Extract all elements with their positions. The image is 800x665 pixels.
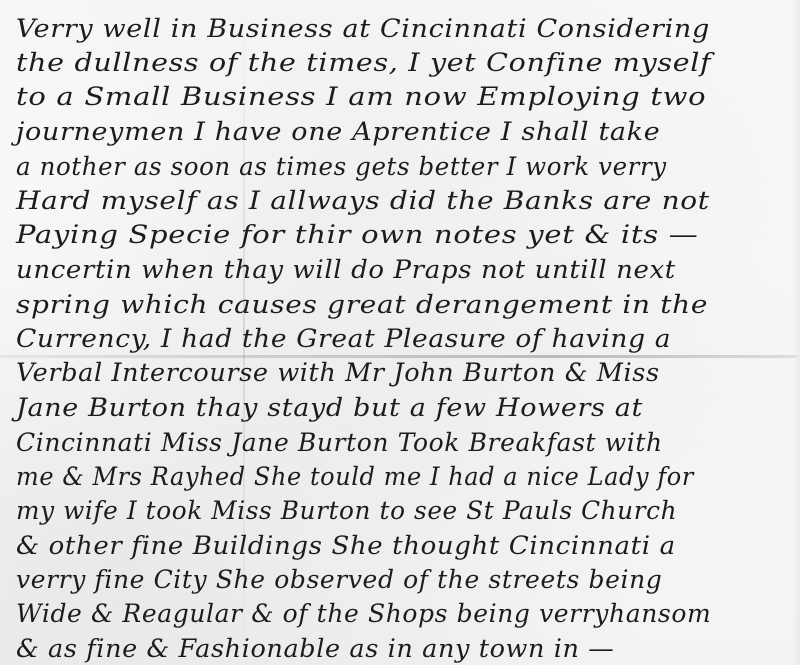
handwritten-line: Cincinnati Miss Jane Burton Took Breakfa… bbox=[16, 428, 663, 458]
handwritten-line: & other fine Buildings She thought Cinci… bbox=[16, 531, 676, 561]
handwritten-line: verry fine City She observed of the stre… bbox=[16, 565, 662, 595]
handwritten-line: Paying Specie for thir own notes yet & i… bbox=[16, 220, 698, 250]
handwritten-line: uncertin when thay will do Praps not unt… bbox=[16, 255, 676, 285]
handwritten-line: Wide & Reagular & of the Shops being ver… bbox=[16, 599, 711, 629]
handwritten-line: & as fine & Fashionable as in any town i… bbox=[16, 634, 614, 664]
handwritten-line: a nother as soon as times gets better I … bbox=[16, 152, 667, 182]
handwritten-line: Verry well in Business at Cincinnati Con… bbox=[16, 14, 710, 44]
handwritten-line: Hard myself as I allways did the Banks a… bbox=[16, 186, 710, 216]
paper-edge bbox=[792, 0, 800, 665]
handwritten-line: me & Mrs Rayhed She tould me I had a nic… bbox=[16, 462, 694, 492]
handwritten-line: Currency, I had the Great Pleasure of ha… bbox=[16, 324, 671, 354]
handwritten-line: Jane Burton thay stayd but a few Howers … bbox=[16, 393, 643, 423]
handwritten-line: spring which causes great derangement in… bbox=[16, 290, 708, 320]
handwritten-line: my wife I took Miss Burton to see St Pau… bbox=[16, 496, 677, 526]
handwritten-line: Verbal Intercourse with Mr John Burton &… bbox=[16, 358, 660, 388]
handwritten-line: the dullness of the times, I yet Confine… bbox=[16, 48, 711, 78]
handwritten-line: journeymen I have one Aprentice I shall … bbox=[16, 117, 660, 147]
letter-page: Verry well in Business at Cincinnati Con… bbox=[0, 0, 800, 665]
handwritten-line: to a Small Business I am now Employing t… bbox=[16, 82, 706, 112]
